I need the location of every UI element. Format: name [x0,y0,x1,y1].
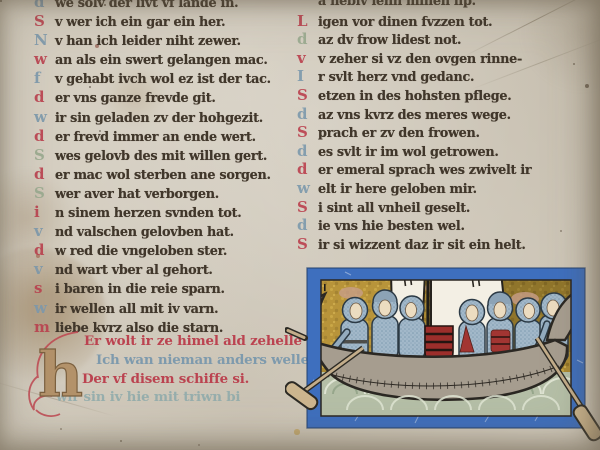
verse-text: ir si wizzent daz ir sit ein helt. [318,237,526,256]
verse-line: vnd valschen gelovben hat. [34,222,304,241]
verse-text: v gehabt ivch wol ez ist der tac. [55,70,271,89]
verse-text: wer aver hat verborgen. [55,185,219,204]
verse-line: daz dv frow lidest not. [297,30,597,49]
verse-line: der vns ganze frevde git. [34,88,304,107]
verse-line: Ligen vor dinen fvzzen tot. [297,12,597,31]
left-text-column: dwe solv der livt vf lande in.Sv wer ich… [34,0,304,337]
knight [540,293,568,363]
verse-line: Ir svlt herz vnd gedanc. [297,67,597,86]
initial-letter: h [38,338,83,411]
verse-line: Si sint all vnheil geselt. [297,198,597,217]
verse-text: er mac wol sterben ane sorgen. [55,166,271,185]
verse-text: nd valschen gelovben hat. [55,223,234,242]
verse-initial: w [34,50,55,69]
verse-initial: S [34,146,55,165]
knight [399,296,425,360]
verse-text: a hebiv lehn minen lip. [318,0,476,12]
verse-initial: i [34,203,55,222]
verse-initial: d [34,0,55,12]
verse-initial: w [34,299,55,318]
verse-line: dwe solv der livt vf lande in. [34,0,304,12]
verse-text: v han ich leider niht zewer. [55,32,241,51]
verse-line: Sv wer ich ein gar ein her. [34,12,304,31]
verse-line: vnd wart vber al gehort. [34,260,304,279]
striped-shield [425,326,453,367]
oars [285,330,600,443]
verse-line: wir wellen all mit iv varn. [34,299,304,318]
verse-line: si baren in die reie sparn. [34,279,304,298]
verse-text: etzen in des hohsten pflege. [318,88,511,107]
verse-line: welt ir here geloben mir. [297,179,597,198]
verse-text: v wer ich ein gar ein her. [55,13,225,32]
rubric-line: Ich wan nieman anders welle [96,352,309,368]
verse-text: er frevd immer an ende wert. [55,128,256,147]
verse-text: i sint all vnheil geselt. [318,200,470,219]
verse-text: i baren in die reie sparn. [55,280,225,299]
verse-initial: d [297,105,318,124]
verse-line: vv zeher si vz den ovgen rinne- [297,49,597,68]
verse-initial: v [34,222,55,241]
verse-text: we solv der livt vf lande in. [55,0,238,13]
verse-text: az dv frow lidest not. [318,32,461,51]
boat [299,288,582,400]
manuscript-page: dwe solv der livt vf lande in.Sv wer ich… [0,0,600,450]
verse-text: ir sin geladen zv der hohgezit. [55,109,263,128]
verse-initial: L [297,12,318,31]
verse-text: er vns ganze frevde git. [55,89,216,108]
verse-line: die vns hie besten wel. [297,216,597,235]
verse-line: in sinem herzen svnden tot. [34,203,304,222]
verse-initial: d [297,160,318,179]
verse-initial: d [297,142,318,161]
verse-text: er emeral sprach wes zwivelt ir [318,162,531,181]
verse-initial: d [297,30,318,49]
rigging-marks [397,273,480,287]
verse-initial: S [34,12,55,31]
verse-line: Swes gelovb des mit willen gert. [34,146,304,165]
verse-initial: d [297,216,318,235]
verse-initial: w [297,179,318,198]
verse-initial: v [297,49,318,68]
verse-line: Sprach er zv den frowen. [297,123,597,142]
verse-initial: I [297,67,318,86]
verse-text: nd wart vber al gehort. [55,261,213,280]
verse-line: der frevd immer an ende wert. [34,127,304,146]
verse-line: wir sin geladen zv der hohgezit. [34,108,304,127]
rubric-line: Er wolt ir ze himel ald zehelle [84,333,302,349]
verse-line: Sir si wizzent daz ir sit ein helt. [297,235,597,254]
front-waves [347,396,559,410]
verse-initial: s [34,279,55,298]
verse-initial: f [34,69,55,88]
verse-text: an als ein swert gelangen mac. [55,51,268,70]
verse-initial: S [34,184,55,203]
knight [372,290,398,360]
water [321,372,583,416]
hull [315,340,567,400]
verse-initial: d [34,241,55,260]
verse-text: wes gelovb des mit willen gert. [55,147,267,166]
verse-line: a hebiv lehn minen lip. [297,0,597,12]
oar-blade-left [285,380,320,412]
knight [459,300,485,366]
verse-text: elt ir here geloben mir. [318,181,477,200]
verse-initial: S [297,235,318,254]
ink-specks [0,0,2,2]
verse-text: ie vns hie besten wel. [318,218,465,237]
knight [487,292,513,362]
hull-stitches [329,366,559,386]
verse-initial: S [297,123,318,142]
verse-line: der mac wol sterben ane sorgen. [34,165,304,184]
verse-text: prach er zv den frowen. [318,125,480,144]
knight [341,298,368,366]
illuminated-initial: h [22,326,94,422]
verse-initial: S [297,198,318,217]
verse-text: r svlt herz vnd gedanc. [318,69,474,88]
right-text-column: a hebiv lehn minen lip.Ligen vor dinen f… [297,0,597,253]
verse-text: v zeher si vz den ovgen rinne- [318,51,522,70]
verse-text: n sinem herzen svnden tot. [55,204,241,223]
verse-line: daz vns kvrz des meres wege. [297,105,597,124]
verse-initial: N [34,31,55,50]
verse-text: az vns kvrz des meres wege. [318,107,511,126]
verse-line: des svlt ir im wol getrowen. [297,142,597,161]
verse-text: w red die vngeloben ster. [55,242,227,261]
gold-background [321,280,571,416]
verse-text: es svlt ir im wol getrowen. [318,144,499,163]
rubric-line: Der vf disem schiffe si. [82,371,249,387]
miniature-frame [307,268,585,428]
frame-scratches [313,272,583,423]
verse-line: wan als ein swert gelangen mac. [34,50,304,69]
verse-line: dw red die vngeloben ster. [34,241,304,260]
verse-initial: v [34,260,55,279]
miniature-illumination [285,260,600,445]
knight-arms [327,324,547,356]
sail [391,266,510,360]
red-sleeve [460,326,474,352]
right-prow [547,288,581,340]
verse-initial: d [34,165,55,184]
verse-line: Setzen in des hohsten pflege. [297,86,597,105]
verse-text: ir wellen all mit iv varn. [55,300,218,319]
verse-line: Swer aver hat verborgen. [34,184,304,203]
verse-initial: w [34,108,55,127]
verse-initial: S [297,86,318,105]
knight-group [327,290,568,365]
verse-line: der emeral sprach wes zwivelt ir [297,160,597,179]
red-surcoat [491,330,510,352]
knight [515,298,541,362]
verse-initial: d [34,127,55,146]
verse-line: Nv han ich leider niht zewer. [34,31,304,50]
verse-line: fv gehabt ivch wol ez ist der tac. [34,69,304,88]
oar-blade-right [571,403,600,442]
verse-text: igen vor dinen fvzzen tot. [318,14,492,33]
verse-initial: d [34,88,55,107]
gold-mottling [339,283,539,306]
